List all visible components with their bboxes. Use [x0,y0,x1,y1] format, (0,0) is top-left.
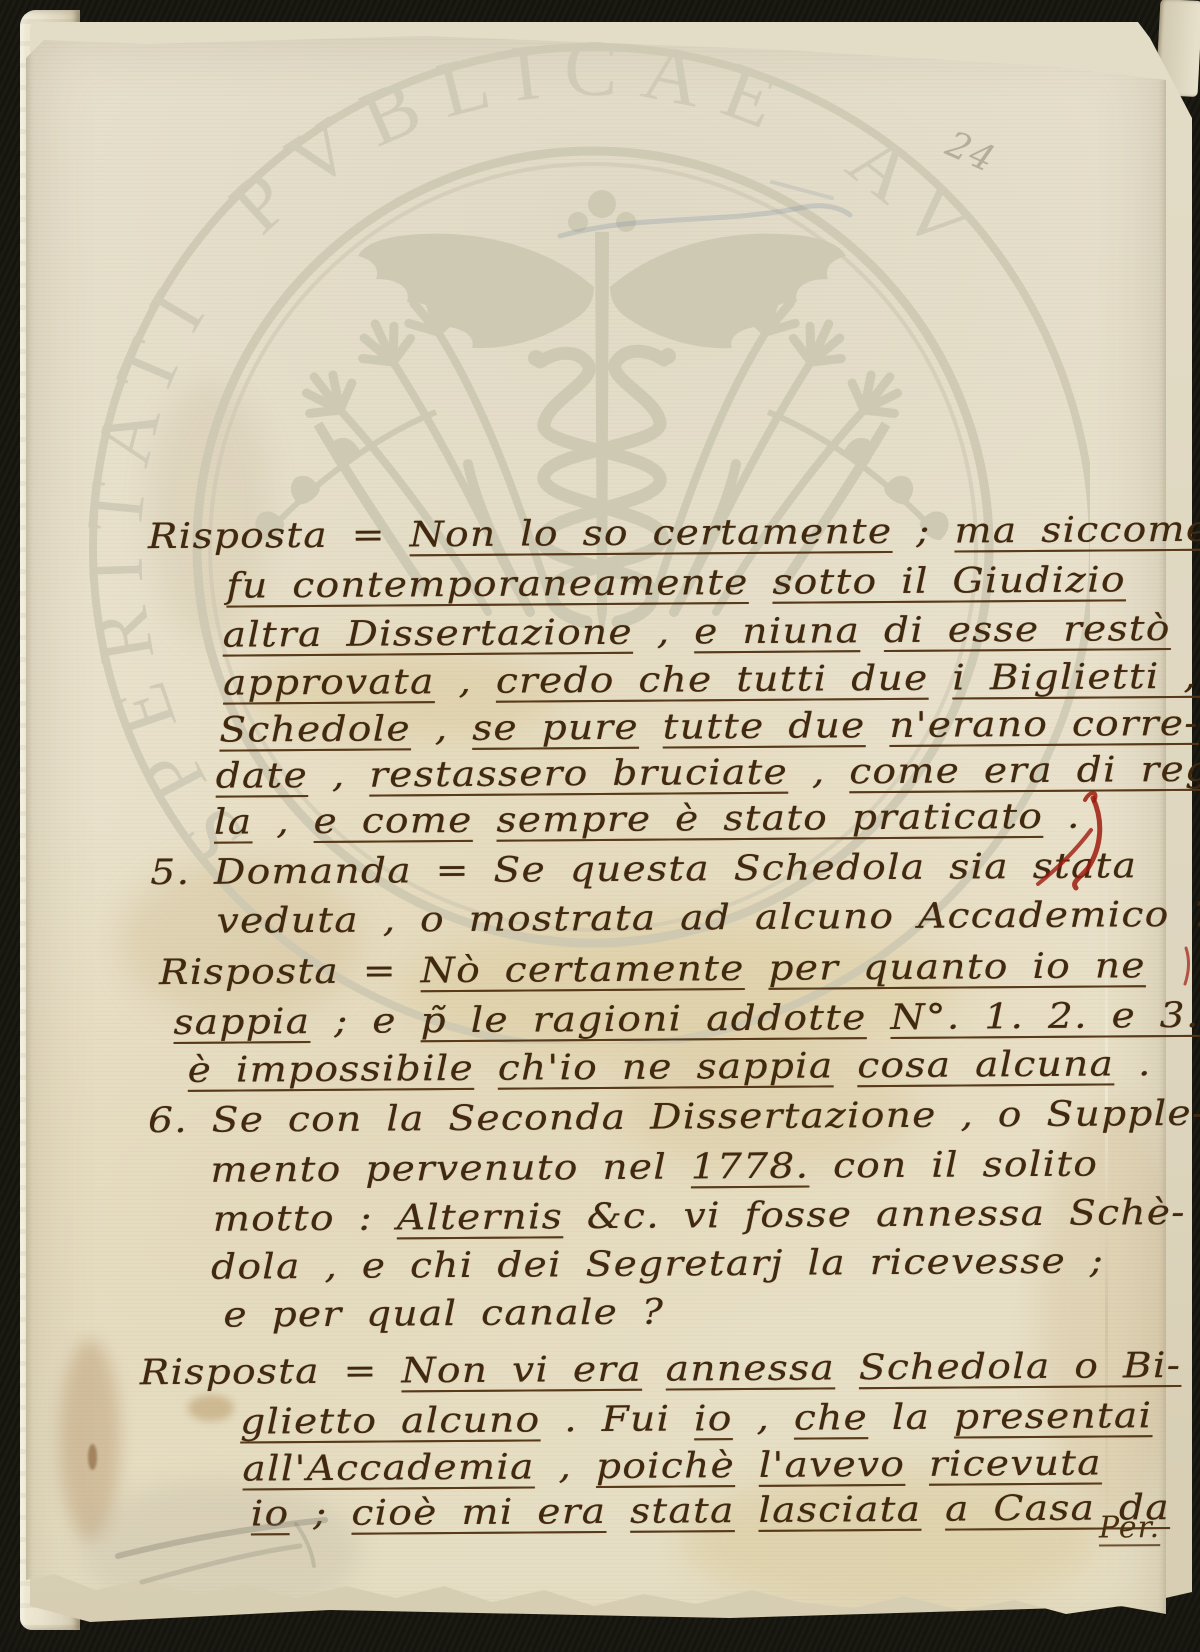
manuscript-line: Risposta = Non vi era annessa Schedola o… [140,1346,1182,1393]
manuscript-text-block: Risposta = Non lo so certamente ; ma sic… [0,0,1200,1652]
manuscript-line: veduta , o mostrata ad alcuno Accademico… [217,895,1200,942]
manuscript-line: e per qual canale ? [223,1293,664,1336]
manuscript-line-question-6: 6. Se con la Seconda Dissertazione , o S… [148,1094,1200,1141]
manuscript-line: Risposta = Nò certamente per quanto io n… [159,946,1146,993]
catchword: Per. [1099,1510,1160,1545]
manuscript-line: glietto alcuno . Fui io , che la present… [240,1396,1152,1442]
manuscript-line: Schedole , se pure tutte due n'erano cor… [219,704,1199,751]
manuscript-line: altra Dissertazione , e niuna di esse re… [223,609,1171,656]
manuscript-line: io ; cioè mi era stata lasciata a Casa d… [251,1488,1170,1534]
manuscript-line: date , restassero bruciate , come era di… [216,749,1200,796]
manuscript-line: Risposta = Non lo so certamente ; ma sic… [148,509,1200,557]
manuscript-line: la , e come sempre è stato praticato . [214,797,1081,843]
manuscript-line: approvata , credo che tutti due i Biglie… [223,656,1200,703]
manuscript-line-question-5: 5. Domanda = Se questa Schedola sia stat… [150,846,1137,893]
manuscript-line: mento pervenuto nel 1778. con il solito [210,1145,1098,1191]
photograph-of-manuscript: SPERITATI PVBLICAE AV 24 Risposta = Non … [0,0,1200,1652]
manuscript-line: motto : Alternis &c. vi fosse annessa Sc… [213,1193,1186,1240]
manuscript-line: è impossibile ch'io ne sappia cosa alcun… [188,1044,1152,1091]
manuscript-line: sappia ; e p̃ le ragioni addotte N°. 1. … [173,996,1199,1043]
manuscript-line: fu contemporaneamente sotto il Giudizio [226,560,1126,606]
manuscript-line: dola , e chi dei Segretarj la ricevesse … [211,1241,1104,1287]
manuscript-line: all'Accademia , poichè l'avevo ricevuta [242,1444,1102,1490]
